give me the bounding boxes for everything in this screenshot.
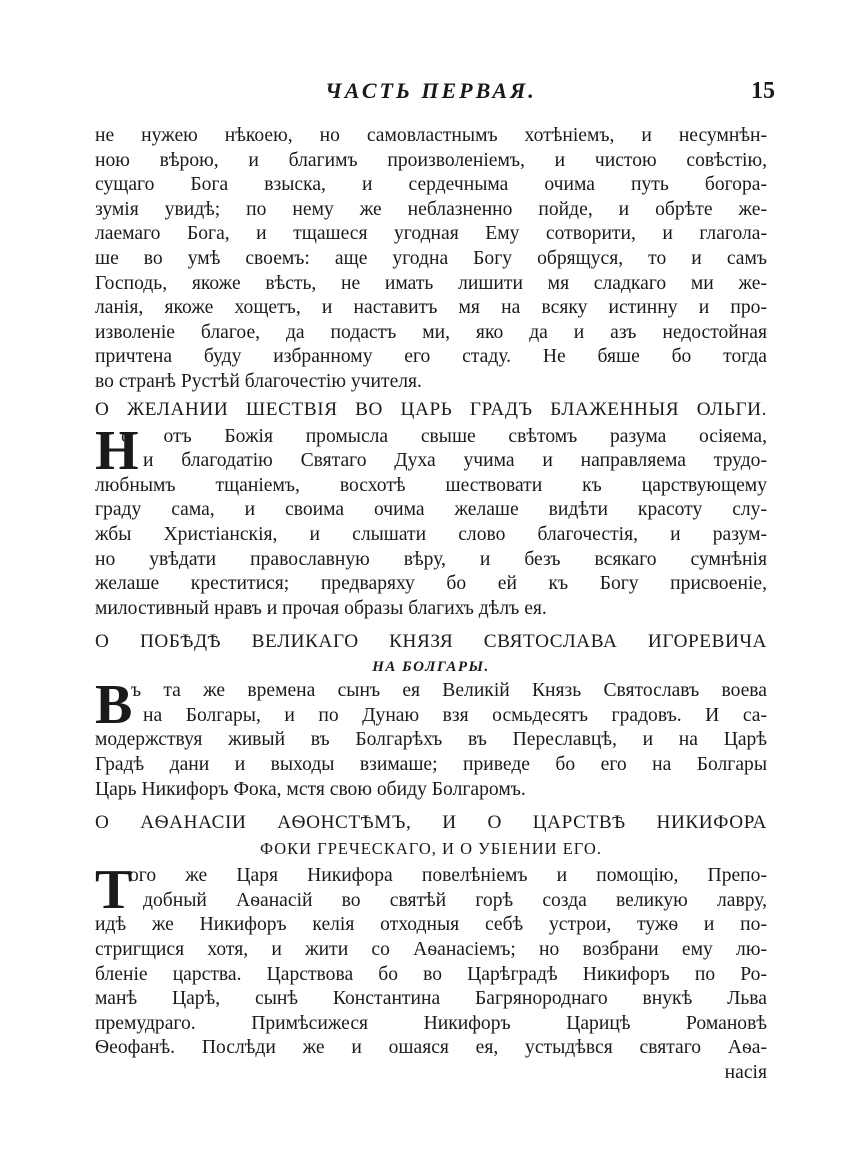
text-line: идѣ же Никифоръ келія отходныя себѣ устр…	[95, 913, 767, 938]
text-line: желаше креститися; предваряху бо ей къ Б…	[95, 572, 767, 597]
drop-cap: Н	[95, 428, 139, 474]
paragraph-athanasius: Т ого же Царя Никифора повелѣніемъ и пом…	[95, 864, 767, 1085]
text-line: манѣ Царѣ, сынѣ Константина Багрянородна…	[95, 987, 767, 1012]
section-heading-athanasius: О АѲАНАСІИ АѲОНСТѢМЪ, И О ЦАРСТВѢ НИКИФО…	[95, 808, 767, 838]
text-line: добный Аѳанасій во святѣй горѣ созда вел…	[95, 889, 767, 914]
paragraph-olga: Н о отъ Божія промысла свыше свѣтомъ раз…	[95, 425, 767, 622]
text-line: любнымъ тщаніемъ, восхотѣ шествовати къ …	[95, 474, 767, 499]
text-line: ланія, якоже хощетъ, и наставитъ мя на в…	[95, 296, 767, 321]
text-line: но увѣдати православную вѣру, и безъ вся…	[95, 548, 767, 573]
section-subheading-svyatoslav: НА БОЛГАРЫ.	[95, 657, 767, 679]
text-line: милостивный нравъ и прочая образы благих…	[95, 597, 767, 622]
section-subheading-athanasius: ФОКИ ГРЕЧЕСКАГО, И О УБІЕНИИ ЕГО.	[95, 838, 767, 864]
text-line: премудраго. Примѣсижеся Никифоръ Царицѣ …	[95, 1012, 767, 1037]
text-line: Ѳеофанѣ. Послѣди же и ошаяся ея, устыдѣв…	[95, 1036, 767, 1061]
text-line: изволеніе благое, да подастъ ми, яко да …	[95, 321, 767, 346]
text-line: модержствуя живый въ Болгарѣхъ въ Пересл…	[95, 728, 767, 753]
text-line: Господь, якоже вѣсть, не имать лишити мя…	[95, 272, 767, 297]
text-line: сущаго Бога взыска, и сердечныма очима п…	[95, 173, 767, 198]
catchword: насія	[95, 1061, 767, 1086]
section-heading-svyatoslav: О ПОБѢДѢ ВЕЛИКАГО КНЯЗЯ СВЯТОСЛАВА ИГОРЕ…	[95, 627, 767, 657]
paragraph-svyatoslav: В ъ та же времена сынъ ея Великій Князь …	[95, 679, 767, 802]
book-page: ЧАСТЬ ПЕРВАЯ. 15 не нужею нѣкоею, но сам…	[0, 0, 854, 1150]
text-line: жбы Христіанскія, и слышати слово благоч…	[95, 523, 767, 548]
text-line: во странѣ Рустѣй благочестію учителя.	[95, 370, 767, 395]
drop-cap: Т	[95, 867, 132, 913]
text-line: Градѣ дани и выходы взимаше; приведе бо …	[95, 753, 767, 778]
section-heading-olga: О ЖЕЛАНИИ ШЕСТВІЯ ВО ЦАРЬ ГРАДЪ БЛАЖЕННЫ…	[95, 395, 767, 425]
text-line: не нужею нѣкоею, но самовластнымъ хотѣні…	[95, 124, 767, 149]
body-text: не нужею нѣкоею, но самовластнымъ хотѣні…	[95, 124, 767, 1086]
text-line: лаемаго Бога, и тщашеся угодная Ему сотв…	[95, 222, 767, 247]
text-line: граду сама, и своима очима желаше видѣти…	[95, 498, 767, 523]
text-line: ого же Царя Никифора повелѣніемъ и помощ…	[95, 864, 767, 889]
running-head-title: ЧАСТЬ ПЕРВАЯ.	[95, 78, 767, 104]
text-line: о отъ Божія промысла свыше свѣтомъ разум…	[95, 425, 767, 450]
page-number: 15	[751, 78, 775, 105]
text-line: стригщися хотя, и жити со Аѳанасіемъ; но…	[95, 938, 767, 963]
drop-cap: В	[95, 682, 132, 728]
running-head: ЧАСТЬ ПЕРВАЯ. 15	[95, 76, 767, 106]
text-line: Царь Никифоръ Фока, мстя свою обиду Болг…	[95, 778, 767, 803]
text-line: на Болгары, и по Дунаю взя осмьдесятъ гр…	[95, 704, 767, 729]
text-line: и благодатію Святаго Духа учима и направ…	[95, 449, 767, 474]
text-line: ною вѣрою, и благимъ произволеніемъ, и ч…	[95, 149, 767, 174]
paragraph-intro: не нужею нѣкоею, но самовластнымъ хотѣні…	[95, 124, 767, 395]
text-line: ъ та же времена сынъ ея Великій Князь Св…	[95, 679, 767, 704]
text-line: причтена буду избранному его стаду. Не б…	[95, 345, 767, 370]
text-line: бленіе царства. Царствова бо во Царѣград…	[95, 963, 767, 988]
text-line: зумія увидѣ; по нему же неблазненно пойд…	[95, 198, 767, 223]
text-line: ше во умѣ своемъ: аще угодна Богу обрящу…	[95, 247, 767, 272]
